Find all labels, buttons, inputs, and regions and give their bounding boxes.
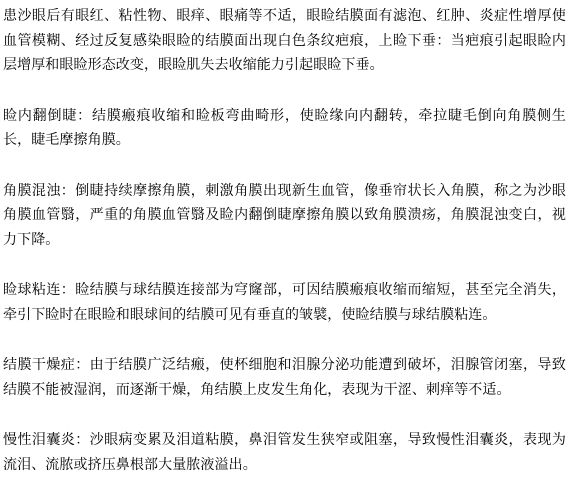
document-page: 患沙眼后有眼红、粘性物、眼痒、眼痛等不适，眼睑结膜面有滤泡、红肿、炎症性增厚使血…: [0, 0, 569, 484]
paragraph-corneal-opacity: 角膜混浊：倒睫持续摩擦角膜，刺激角膜出现新生血管，像垂帘状长入角膜，称之为沙眼角…: [3, 178, 566, 252]
paragraph-symblepharon: 睑球粘连：睑结膜与球结膜连接部为穹窿部，可因结膜瘢痕收缩而缩短，甚至完全消失，牵…: [3, 277, 566, 326]
paragraph-entropion-trichiasis: 睑内翻倒睫：结膜瘢痕收缩和睑板弯曲畸形，使睑缘向内翻转，牵拉睫毛倒向角膜侧生长，…: [3, 103, 566, 152]
paragraph-overview-and-ptosis: 患沙眼后有眼红、粘性物、眼痒、眼痛等不适，眼睑结膜面有滤泡、红肿、炎症性增厚使血…: [3, 3, 566, 77]
paragraph-chronic-dacryocystitis: 慢性泪囊炎：沙眼病变累及泪道粘膜，鼻泪管发生狭窄或阻塞，导致慢性泪囊炎，表现为流…: [3, 427, 566, 476]
paragraph-conjunctival-xerosis: 结膜干燥症：由于结膜广泛结瘢，使杯细胞和泪腺分泌功能遭到破坏，泪腺管闭塞，导致结…: [3, 352, 566, 401]
